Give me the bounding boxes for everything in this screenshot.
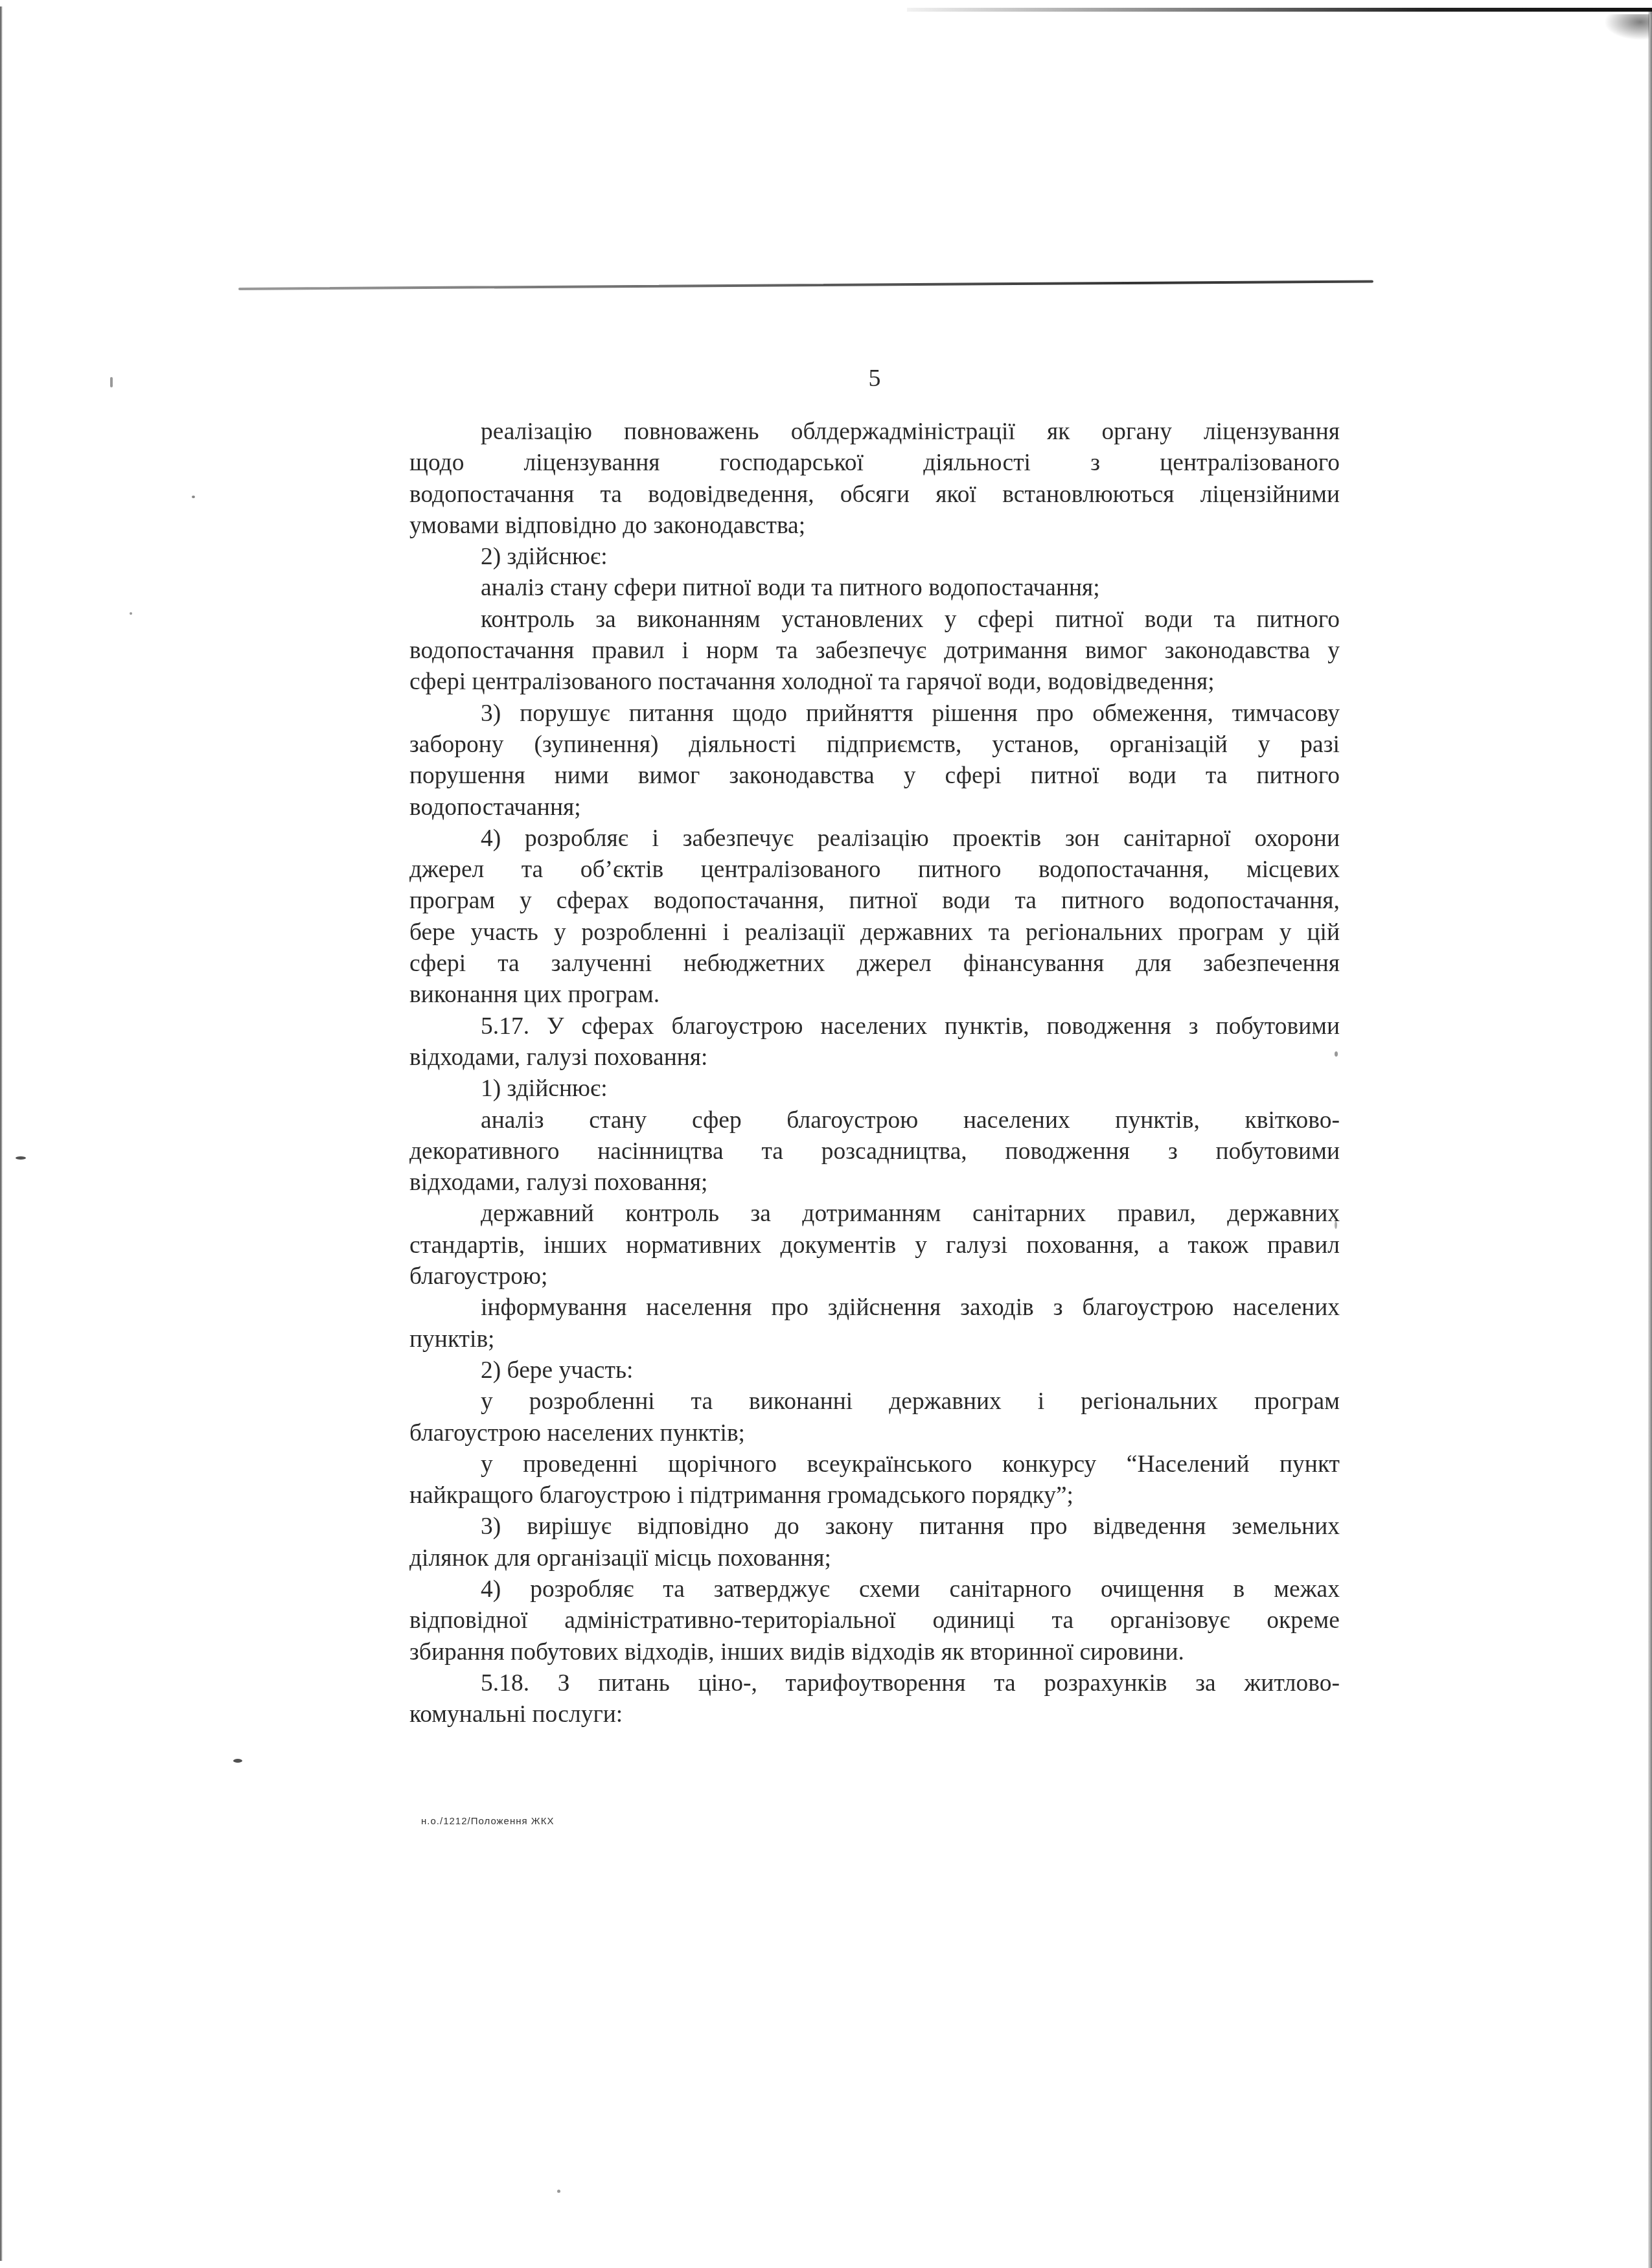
text-line: контроль за виконанням установлених у сф… [409,604,1340,636]
scan-speck [192,496,195,498]
text-line: 2) бере участь: [409,1355,1340,1386]
text-line: заборону (зупинення) діяльності підприєм… [409,729,1340,761]
text-line: сфері та залученні небюджетних джерел фі… [409,948,1340,979]
text-line: у проведенні щорічного всеукраїнського к… [409,1449,1340,1480]
text-line: виконання цих програм. [409,979,1340,1011]
scan-speck [557,2190,560,2193]
text-line: благоустрою населених пунктів; [409,1418,1340,1449]
text-line: благоустрою; [409,1261,1340,1292]
page-number: 5 [855,363,894,394]
text-line: 3) вирішує відповідно до закону питання … [409,1511,1340,1542]
text-line: бере участь у розробленні і реалізації д… [409,917,1340,948]
text-line: збирання побутових відходів, інших видів… [409,1637,1340,1668]
text-line: відходами, галузі поховання: [409,1042,1340,1073]
text-line: найкращого благоустрою і підтримання гро… [409,1480,1340,1511]
scan-top-edge [907,8,1652,12]
scan-speck [110,377,113,387]
text-line: джерел та об’єктів централізованого питн… [409,854,1340,886]
text-line: 2) здійснює: [409,542,1340,573]
text-line: стандартів, інших нормативних документів… [409,1230,1340,1261]
text-line: сфері централізованого постачання холодн… [409,667,1340,698]
scan-left-edge [0,6,3,2261]
text-line: комунальні послуги: [409,1699,1340,1730]
scan-speck [130,612,132,615]
text-line: 1) здійснює: [409,1073,1340,1105]
text-line: порушення ними вимог законодавства у сфе… [409,761,1340,792]
text-line: пунктів; [409,1324,1340,1355]
text-line: аналіз стану сфери питної води та питног… [409,573,1340,604]
header-rule [238,280,1373,290]
scan-corner-smudge [1604,14,1649,40]
text-line: щодо ліцензування господарської діяльнос… [409,448,1340,479]
footer-file-reference: н.о./1212/Положення ЖКХ [421,1816,554,1827]
text-line: водопостачання; [409,792,1340,823]
document-body: реалізацію повноважень облдержадміністра… [409,417,1340,1730]
text-line: водопостачання правил і норм та забезпеч… [409,636,1340,667]
text-line: інформування населення про здійснення за… [409,1292,1340,1323]
text-line: 3) порушує питання щодо прийняття рішенн… [409,698,1340,729]
text-line: 4) розробляє і забезпечує реалізацію про… [409,823,1340,854]
scan-speck [233,1759,242,1763]
text-line: ділянок для організації місць поховання; [409,1543,1340,1574]
text-line: у розробленні та виконанні державних і р… [409,1386,1340,1417]
text-line: умовами відповідно до законодавства; [409,510,1340,542]
text-line: водопостачання та водовідведення, обсяги… [409,479,1340,510]
text-line: 5.18. З питань ціно-, тарифоутворення та… [409,1668,1340,1699]
text-line: державний контроль за дотриманням саніта… [409,1198,1340,1230]
text-line: 5.17. У сферах благоустрою населених пун… [409,1011,1340,1042]
text-line: реалізацію повноважень облдержадміністра… [409,417,1340,448]
text-line: декоративного насінництва та розсадництв… [409,1136,1340,1167]
scan-speck [16,1156,26,1160]
text-line: 4) розробляє та затверджує схеми санітар… [409,1574,1340,1605]
text-line: програм у сферах водопостачання, питної … [409,886,1340,917]
text-line: відходами, галузі поховання; [409,1167,1340,1198]
text-line: аналіз стану сфер благоустрою населених … [409,1105,1340,1136]
text-line: відповідної адміністративно-територіальн… [409,1605,1340,1636]
scan-right-edge [1648,12,1652,2268]
